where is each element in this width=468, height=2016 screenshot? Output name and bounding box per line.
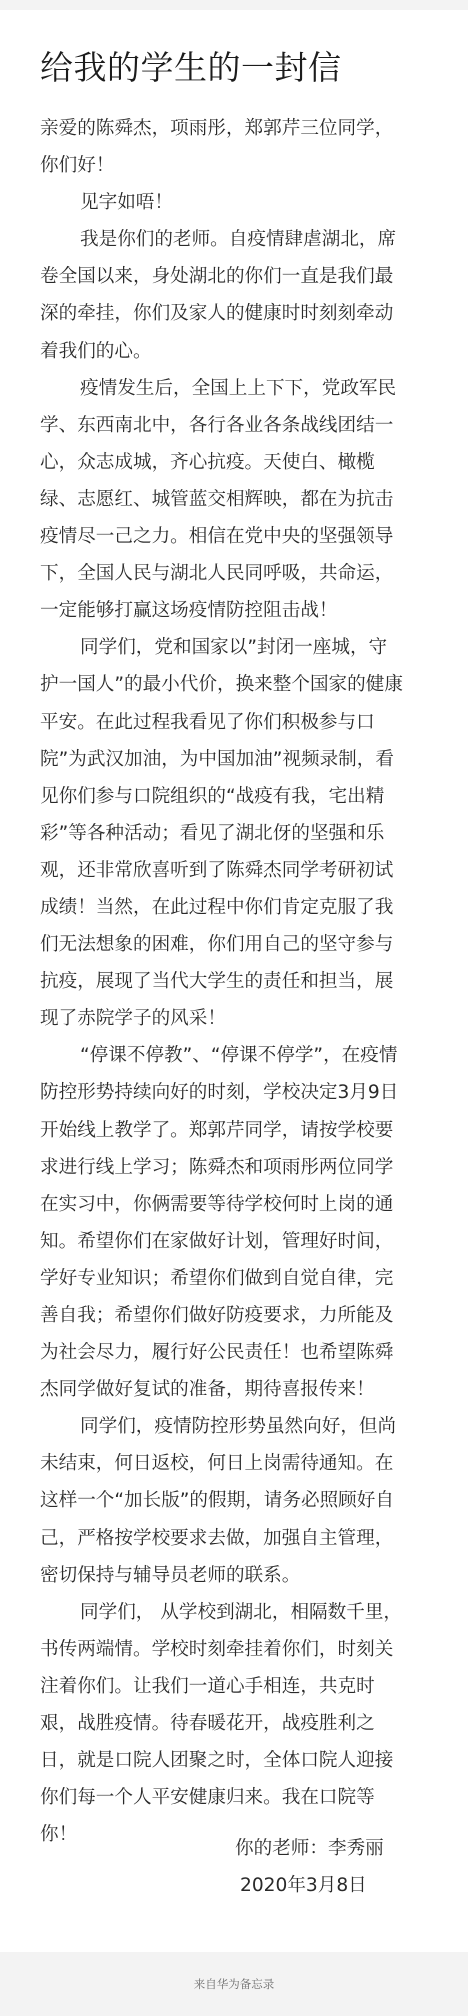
body-line: 们无法想象的困难，你们用自己的坚守参与 xyxy=(40,926,430,963)
body-line: 善自我；希望你们做好防疫要求，力所能及 xyxy=(40,1297,430,1334)
note-page: 给我的学生的一封信 亲爱的陈舜杰，项雨彤，郑郭芹三位同学，你们好！见字如唔！我是… xyxy=(0,10,468,1952)
note-body: 亲爱的陈舜杰，项雨彤，郑郭芹三位同学，你们好！见字如唔！我是你们的老师。自疫情肆… xyxy=(40,110,430,1853)
body-line: 艰，战胜疫情。待春暖花开，战疫胜利之 xyxy=(40,1705,430,1742)
body-line: 见你们参与口院组织的“战疫有我，宅出精 xyxy=(40,778,430,815)
body-line: 在实习中，你俩需要等待学校何时上岗的通 xyxy=(40,1186,430,1223)
top-band xyxy=(0,0,468,10)
body-line: 一定能够打赢这场疫情防控阻击战！ xyxy=(40,592,430,629)
body-line: 学、东西南北中，各行各业各条战线团结一 xyxy=(40,407,430,444)
note-title: 给我的学生的一封信 xyxy=(40,46,342,90)
letter-date: 2020年3月8日 xyxy=(240,1867,367,1904)
body-line: 你们好！ xyxy=(40,147,430,184)
body-line: 观，还非常欣喜听到了陈舜杰同学考研初试 xyxy=(40,852,430,889)
body-line: 院”为武汉加油，为中国加油”视频录制，看 xyxy=(40,741,430,778)
signature: 你的老师：李秀丽 xyxy=(235,1830,384,1867)
body-line: 知。希望你们在家做好计划，管理好时间， xyxy=(40,1223,430,1260)
body-line: 成绩！当然，在此过程中你们肯定克服了我 xyxy=(40,889,430,926)
body-line: 下，全国人民与湖北人民同呼吸，共命运， xyxy=(40,555,430,592)
body-line: 密切保持与辅导员老师的联系。 xyxy=(40,1557,430,1594)
body-line: 卷全国以来，身处湖北的你们一直是我们最 xyxy=(40,258,430,295)
body-line: 日，就是口院人团聚之时，全体口院人迎接 xyxy=(40,1742,430,1779)
body-line: 疫情尽一己之力。相信在党中央的坚强领导 xyxy=(40,518,430,555)
body-line: 注着你们。让我们一道心手相连，共克时 xyxy=(40,1668,430,1705)
body-line: 防控形势持续向好的时刻，学校决定3月9日 xyxy=(40,1074,430,1111)
body-line: 同学们， 从学校到湖北，相隔数千里， xyxy=(40,1594,430,1631)
body-line: “停课不停教”、“停课不停学”，在疫情 xyxy=(40,1037,430,1074)
body-line: 心，众志成城，齐心抗疫。天使白、橄榄 xyxy=(40,444,430,481)
body-line: 这样一个“加长版”的假期，请务必照顾好自 xyxy=(40,1482,430,1519)
body-line: 同学们，党和国家以”封闭一座城，守 xyxy=(40,629,430,666)
body-line: 见字如唔！ xyxy=(40,184,430,221)
body-line: 抗疫，展现了当代大学生的责任和担当，展 xyxy=(40,963,430,1000)
body-line: 书传两端情。学校时刻牵挂着你们，时刻关 xyxy=(40,1631,430,1668)
body-line: 着我们的心。 xyxy=(40,333,430,370)
body-line: 深的牵挂，你们及家人的健康时时刻刻牵动 xyxy=(40,295,430,332)
body-line: 同学们，疫情防控形势虽然向好，但尚 xyxy=(40,1408,430,1445)
body-line: 你们每一个人平安健康归来。我在口院等 xyxy=(40,1779,430,1816)
body-line: 己，严格按学校要求去做，加强自主管理， xyxy=(40,1520,430,1557)
body-line: 为社会尽力，履行好公民责任！也希望陈舜 xyxy=(40,1334,430,1371)
body-line: 平安。在此过程我看见了你们积极参与口 xyxy=(40,704,430,741)
body-line: 绿、志愿红、城管蓝交相辉映，都在为抗击 xyxy=(40,481,430,518)
source-label: 来自华为备忘录 xyxy=(194,1976,275,1992)
body-line: 护一国人”的最小代价，换来整个国家的健康 xyxy=(40,666,430,703)
footer: 来自华为备忘录 xyxy=(0,1952,468,2016)
body-line: 杰同学做好复试的准备，期待喜报传来！ xyxy=(40,1371,430,1408)
body-line: 开始线上教学了。郑郭芹同学，请按学校要 xyxy=(40,1112,430,1149)
body-line: 彩”等各种活动；看见了湖北伢的坚强和乐 xyxy=(40,815,430,852)
body-line: 现了赤院学子的风采！ xyxy=(40,1000,430,1037)
body-line: 疫情发生后，全国上上下下，党政军民 xyxy=(40,370,430,407)
body-line: 我是你们的老师。自疫情肆虐湖北，席 xyxy=(40,221,430,258)
body-line: 亲爱的陈舜杰，项雨彤，郑郭芹三位同学， xyxy=(40,110,430,147)
body-line: 学好专业知识；希望你们做到自觉自律，完 xyxy=(40,1260,430,1297)
body-line: 求进行线上学习；陈舜杰和项雨彤两位同学 xyxy=(40,1149,430,1186)
body-line: 未结束，何日返校，何日上岗需待通知。在 xyxy=(40,1445,430,1482)
